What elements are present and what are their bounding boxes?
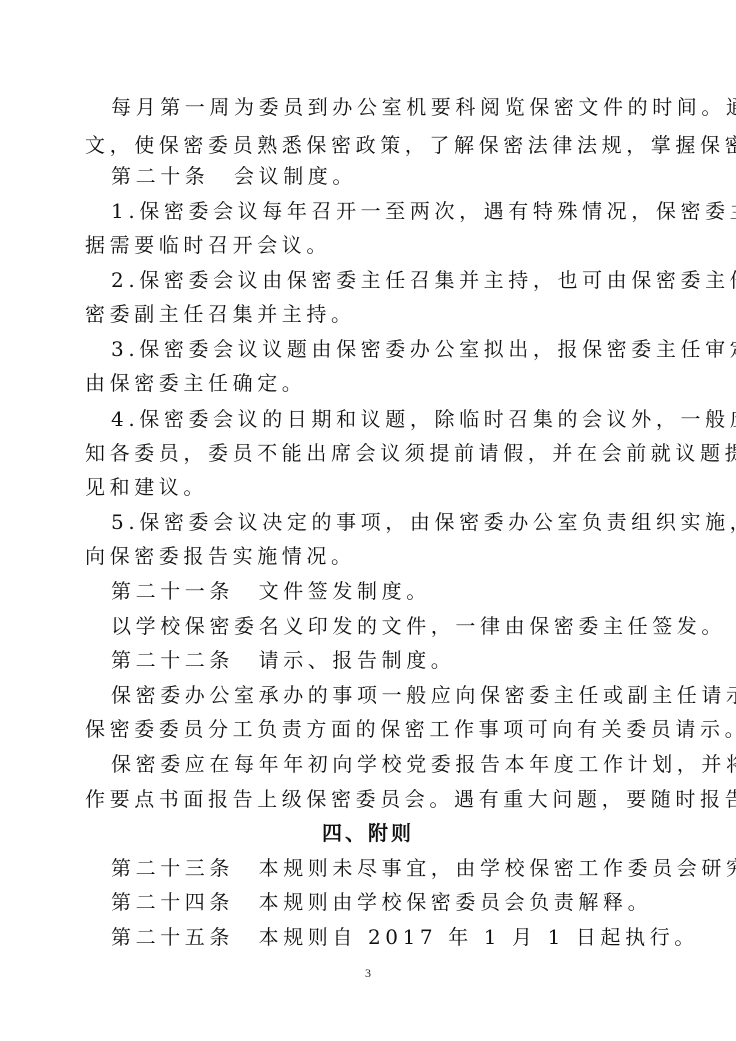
text-line: 以学校保密委名义印发的文件，一律由保密委主任签发。 bbox=[111, 611, 686, 641]
text-line: 保密委办公室承办的事项一般应向保密委主任或副主任请示，涉及 bbox=[111, 680, 686, 710]
text-line: 知各委员，委员不能出席会议须提前请假，并在会前就议题提出书面意 bbox=[85, 438, 660, 468]
text-line: 1.保密委会议每年召开一至两次，遇有特殊情况，保密委主任可根 bbox=[111, 196, 686, 226]
document-page: 每月第一周为委员到办公室机要科阅览保密文件的时间。通过阅文，使保密委员熟悉保密政… bbox=[0, 0, 736, 1041]
article-line: 第二十三条 本规则未尽事宜，由学校保密工作委员会研究决定。 bbox=[111, 853, 686, 883]
text-line: 密委副主任召集并主持。 bbox=[85, 299, 660, 329]
article-line: 第二十五条 本规则自 2017 年 1 月 1 日起执行。 bbox=[111, 922, 686, 952]
text-line: 第二十一条 文件签发制度。 bbox=[111, 576, 686, 606]
text-line: 见和建议。 bbox=[85, 472, 660, 502]
text-line: 由保密委主任确定。 bbox=[85, 368, 660, 398]
text-line: 4.保密委会议的日期和议题，除临时召集的会议外，一般应提前通 bbox=[111, 404, 686, 434]
text-line: 3.保密委会议议题由保密委办公室拟出，报保密委主任审定，也可 bbox=[111, 334, 686, 364]
text-line: 5.保密委会议决定的事项，由保密委办公室负责组织实施，并及时 bbox=[111, 507, 686, 537]
text-line: 据需要临时召开会议。 bbox=[85, 230, 660, 260]
text-line: 保密委委员分工负责方面的保密工作事项可向有关委员请示。 bbox=[85, 714, 660, 744]
text-line: 文，使保密委员熟悉保密政策，了解保密法律法规，掌握保密工作动态。 bbox=[85, 130, 660, 160]
text-line: 保密委应在每年年初向学校党委报告本年度工作计划，并将年度工 bbox=[111, 749, 686, 779]
article-line: 第二十四条 本规则由学校保密委员会负责解释。 bbox=[111, 887, 686, 917]
text-line: 作要点书面报告上级保密委员会。遇有重大问题，要随时报告。 bbox=[85, 784, 660, 814]
text-line: 每月第一周为委员到办公室机要科阅览保密文件的时间。通过阅 bbox=[111, 92, 686, 122]
text-line: 向保密委报告实施情况。 bbox=[85, 541, 660, 571]
section-heading: 四、附则 bbox=[0, 818, 736, 848]
page-number: 3 bbox=[0, 966, 736, 981]
text-line: 2.保密委会议由保密委主任召集并主持，也可由保密委主任委托保 bbox=[111, 265, 686, 295]
text-line: 第二十二条 请示、报告制度。 bbox=[111, 645, 686, 675]
text-line: 第二十条 会议制度。 bbox=[111, 161, 686, 191]
